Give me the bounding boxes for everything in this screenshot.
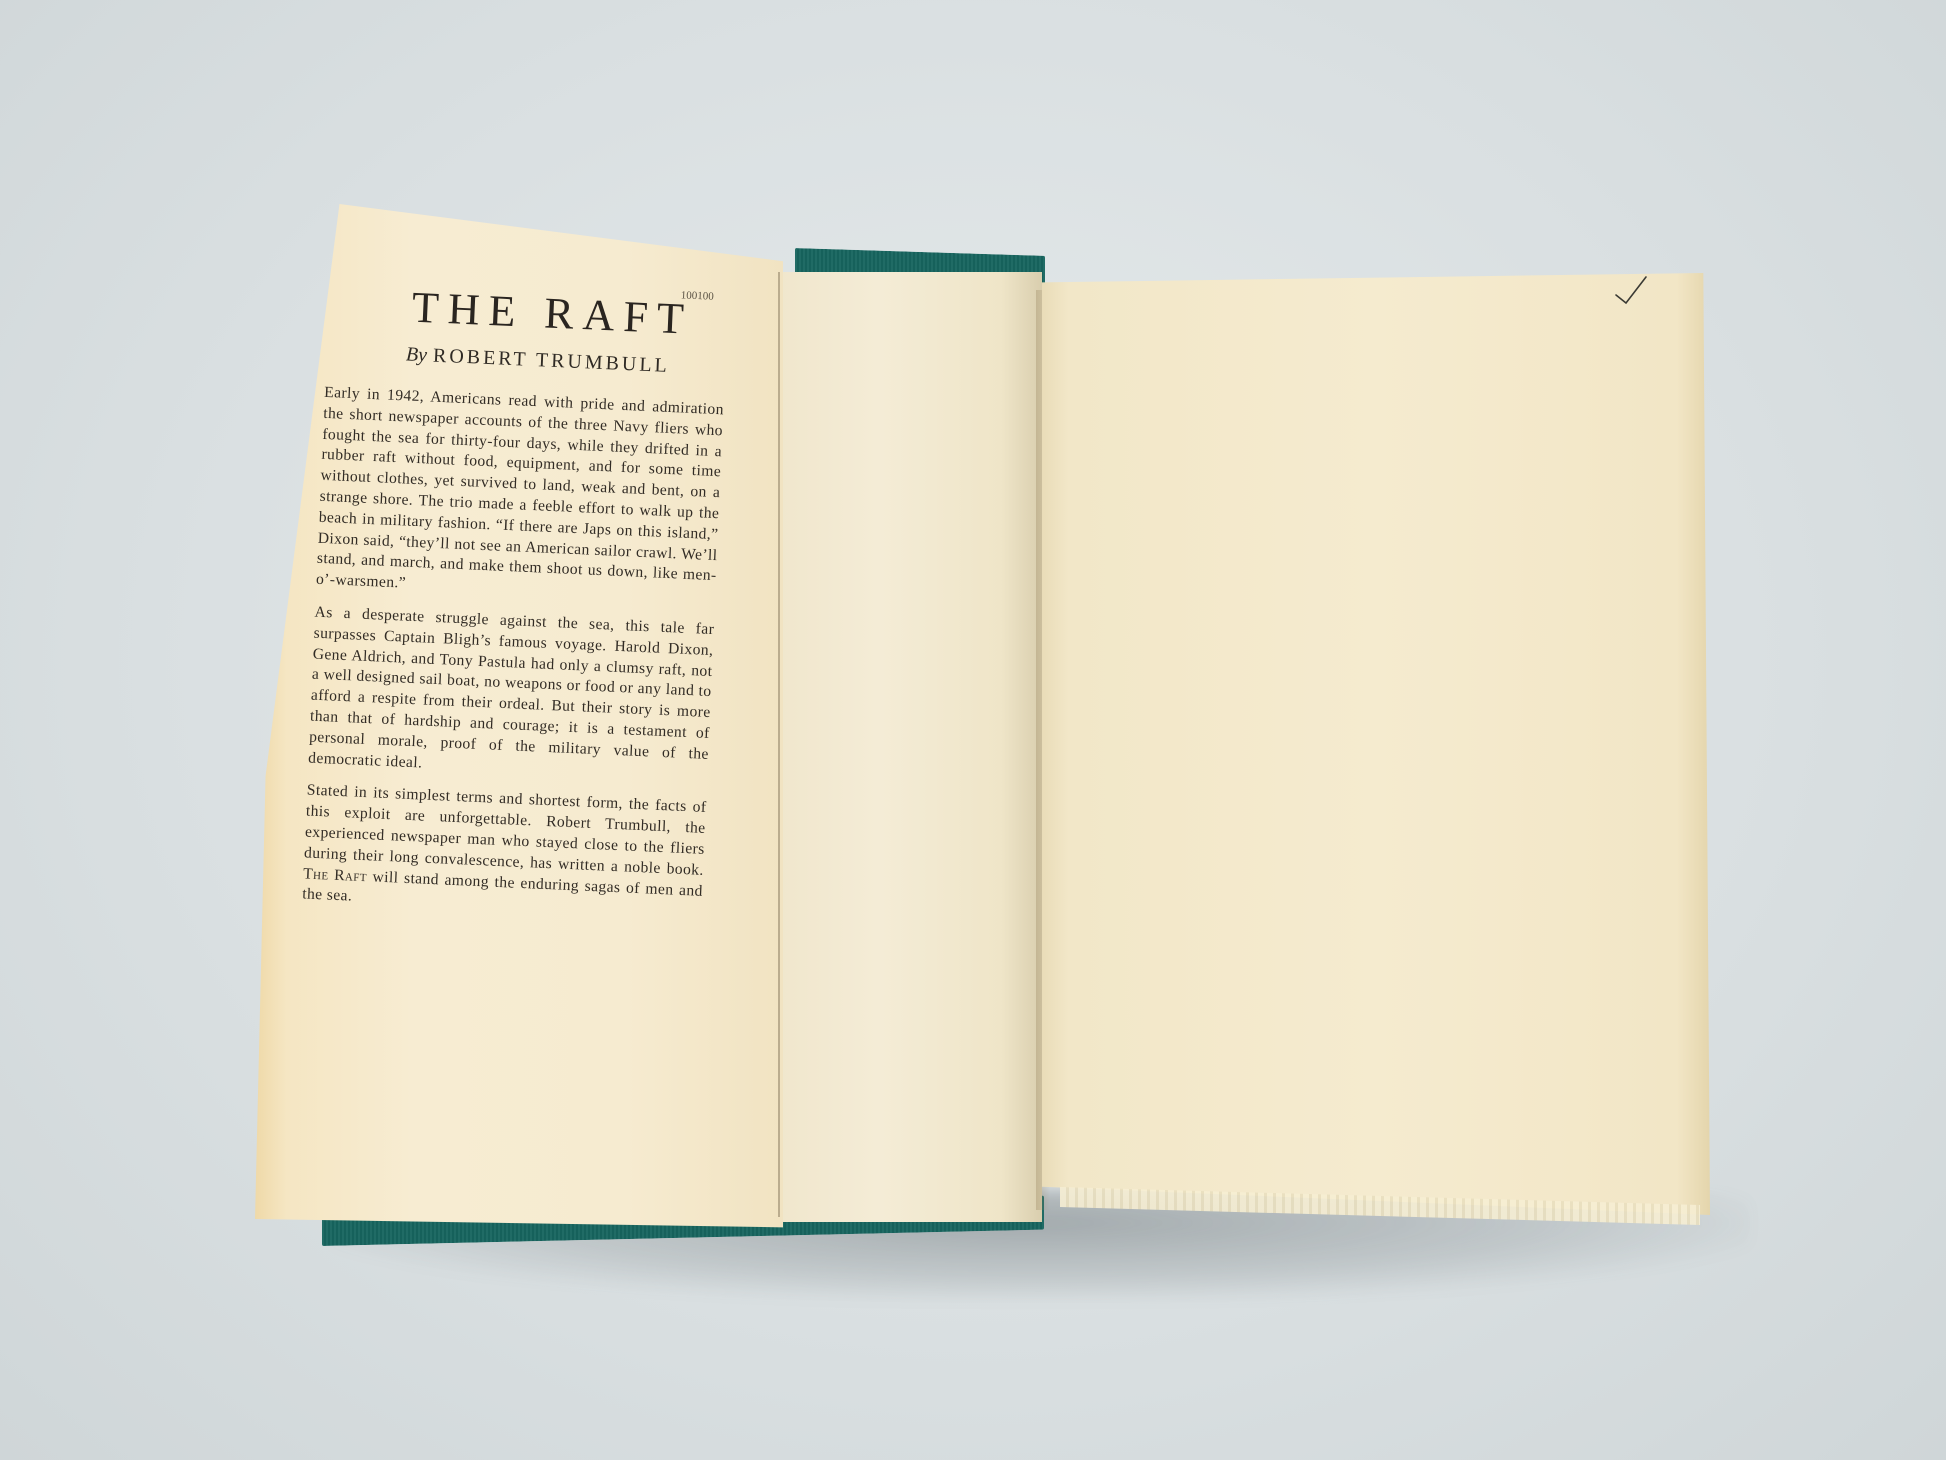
blurb-paragraph-2: As a desperate struggle against the sea,… [308, 603, 715, 787]
byline-prefix: By [405, 343, 427, 366]
jacket-flap-edge [778, 272, 780, 1217]
jacket-code: 100100 [681, 289, 714, 302]
jacket-flap-text: 100100 THE RAFT ByROBERT TRUMBULL Early … [301, 260, 729, 935]
blurb-paragraph-1: Early in 1942, Americans read with pride… [316, 383, 725, 608]
blurb-text: Stated in its simplest terms and shortes… [304, 782, 707, 879]
front-endpaper [770, 272, 1042, 1222]
blurb-paragraph-3: Stated in its simplest terms and shortes… [302, 781, 707, 923]
byline: ByROBERT TRUMBULL [405, 343, 726, 380]
blurb: Early in 1942, Americans read with pride… [302, 383, 724, 923]
check-mark-icon [1612, 275, 1648, 309]
author-name: ROBERT TRUMBULL [433, 345, 671, 377]
title-reference: The Raft [303, 865, 367, 885]
right-flyleaf-page [1042, 273, 1710, 1215]
